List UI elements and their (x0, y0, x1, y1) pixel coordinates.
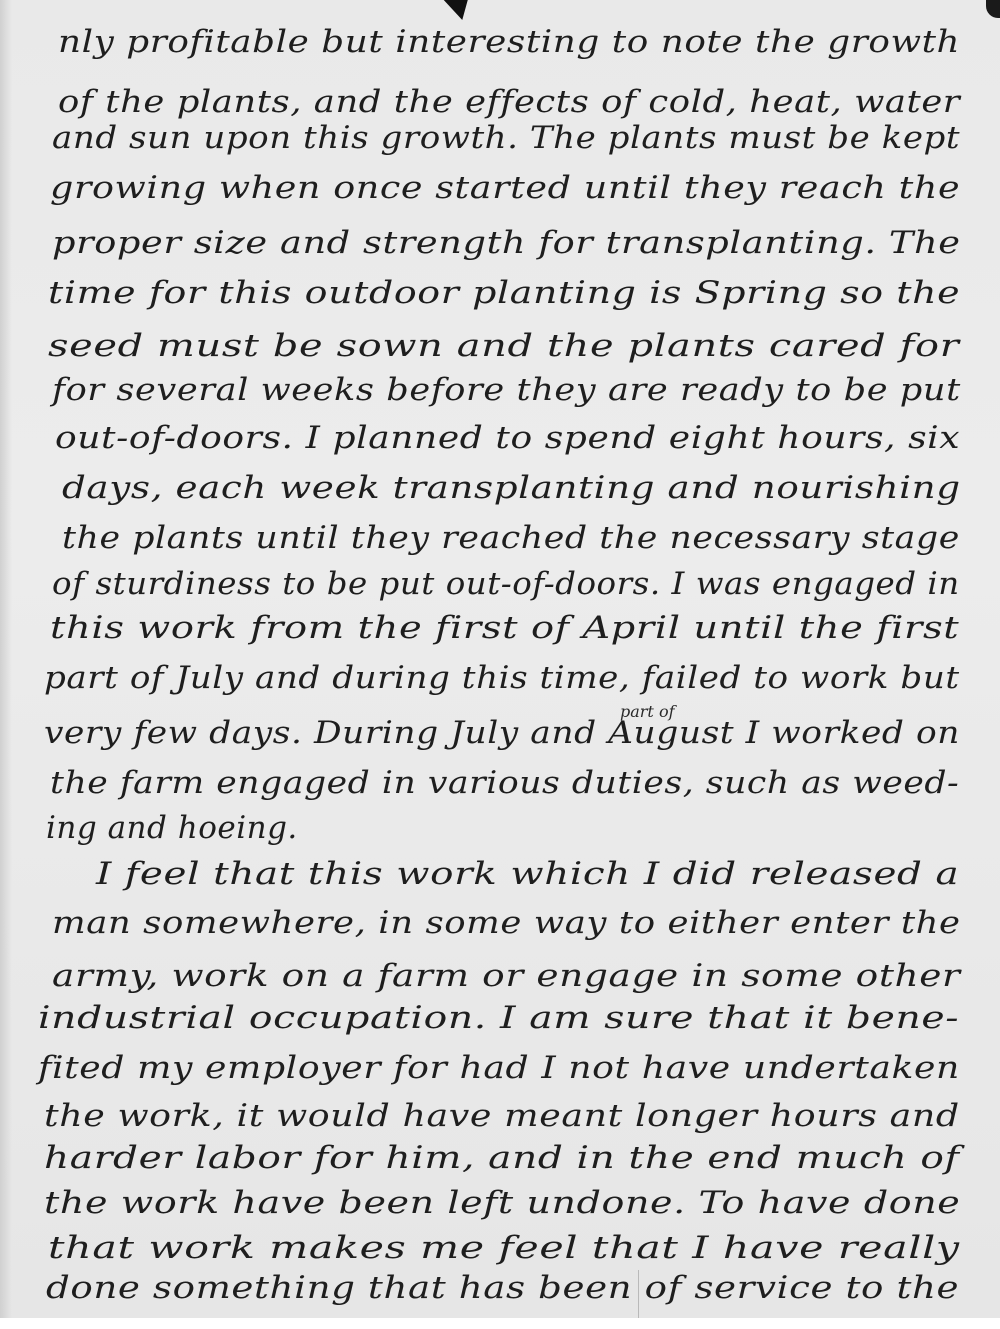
handwritten-line: I feel that this work which I did releas… (96, 856, 959, 892)
handwritten-line: of the plants, and the effects of cold, … (58, 84, 960, 120)
handwritten-line: army, work on a farm or engage in some o… (52, 958, 961, 994)
handwritten-line: proper size and strength for transplanti… (52, 225, 961, 261)
handwritten-line: for several weeks before they are ready … (52, 372, 961, 408)
handwritten-line: out-of-doors. I planned to spend eight h… (55, 420, 960, 456)
handwritten-page: nly profitable but interesting to note t… (0, 0, 1000, 1318)
handwritten-line: the work, it would have meant longer hou… (44, 1098, 960, 1134)
handwritten-line: very few days. During July and August I … (44, 715, 960, 751)
scan-border (0, 1318, 1000, 1329)
handwritten-line: harder labor for him, and in the end muc… (44, 1140, 960, 1176)
handwritten-line: seed must be sown and the plants cared f… (48, 328, 959, 364)
handwritten-line: the plants until they reached the necess… (62, 520, 960, 556)
handwritten-line: of sturdiness to be put out-of-doors. I … (52, 566, 960, 602)
handwritten-line: the work have been left undone. To have … (44, 1185, 960, 1221)
handwritten-line: this work from the first of April until … (50, 610, 959, 646)
handwritten-line: time for this outdoor planting is Spring… (48, 275, 960, 311)
handwritten-line: fited my employer for had I not have und… (38, 1050, 960, 1086)
handwritten-line: industrial occupation. I am sure that it… (38, 1000, 959, 1036)
handwritten-line: man somewhere, in some way to either ent… (52, 905, 961, 941)
handwritten-line: and sun upon this growth. The plants mus… (52, 120, 960, 156)
handwritten-line: nly profitable but interesting to note t… (58, 24, 960, 60)
torn-corner-mark (444, 0, 474, 20)
handwritten-line: days, each week transplanting and nouris… (62, 470, 961, 506)
handwritten-line: that work makes me feel that I have real… (48, 1230, 960, 1266)
handwritten-line: done something that has been of service … (46, 1270, 959, 1306)
handwritten-line: part of July and during this time, faile… (44, 660, 960, 696)
caret-insertion: part of (620, 702, 675, 721)
page-corner-shadow (986, 0, 1000, 18)
handwritten-line: ing and hoeing. (46, 810, 298, 846)
handwritten-line: the farm engaged in various duties, such… (50, 765, 959, 801)
handwritten-line: growing when once started until they rea… (50, 170, 960, 206)
